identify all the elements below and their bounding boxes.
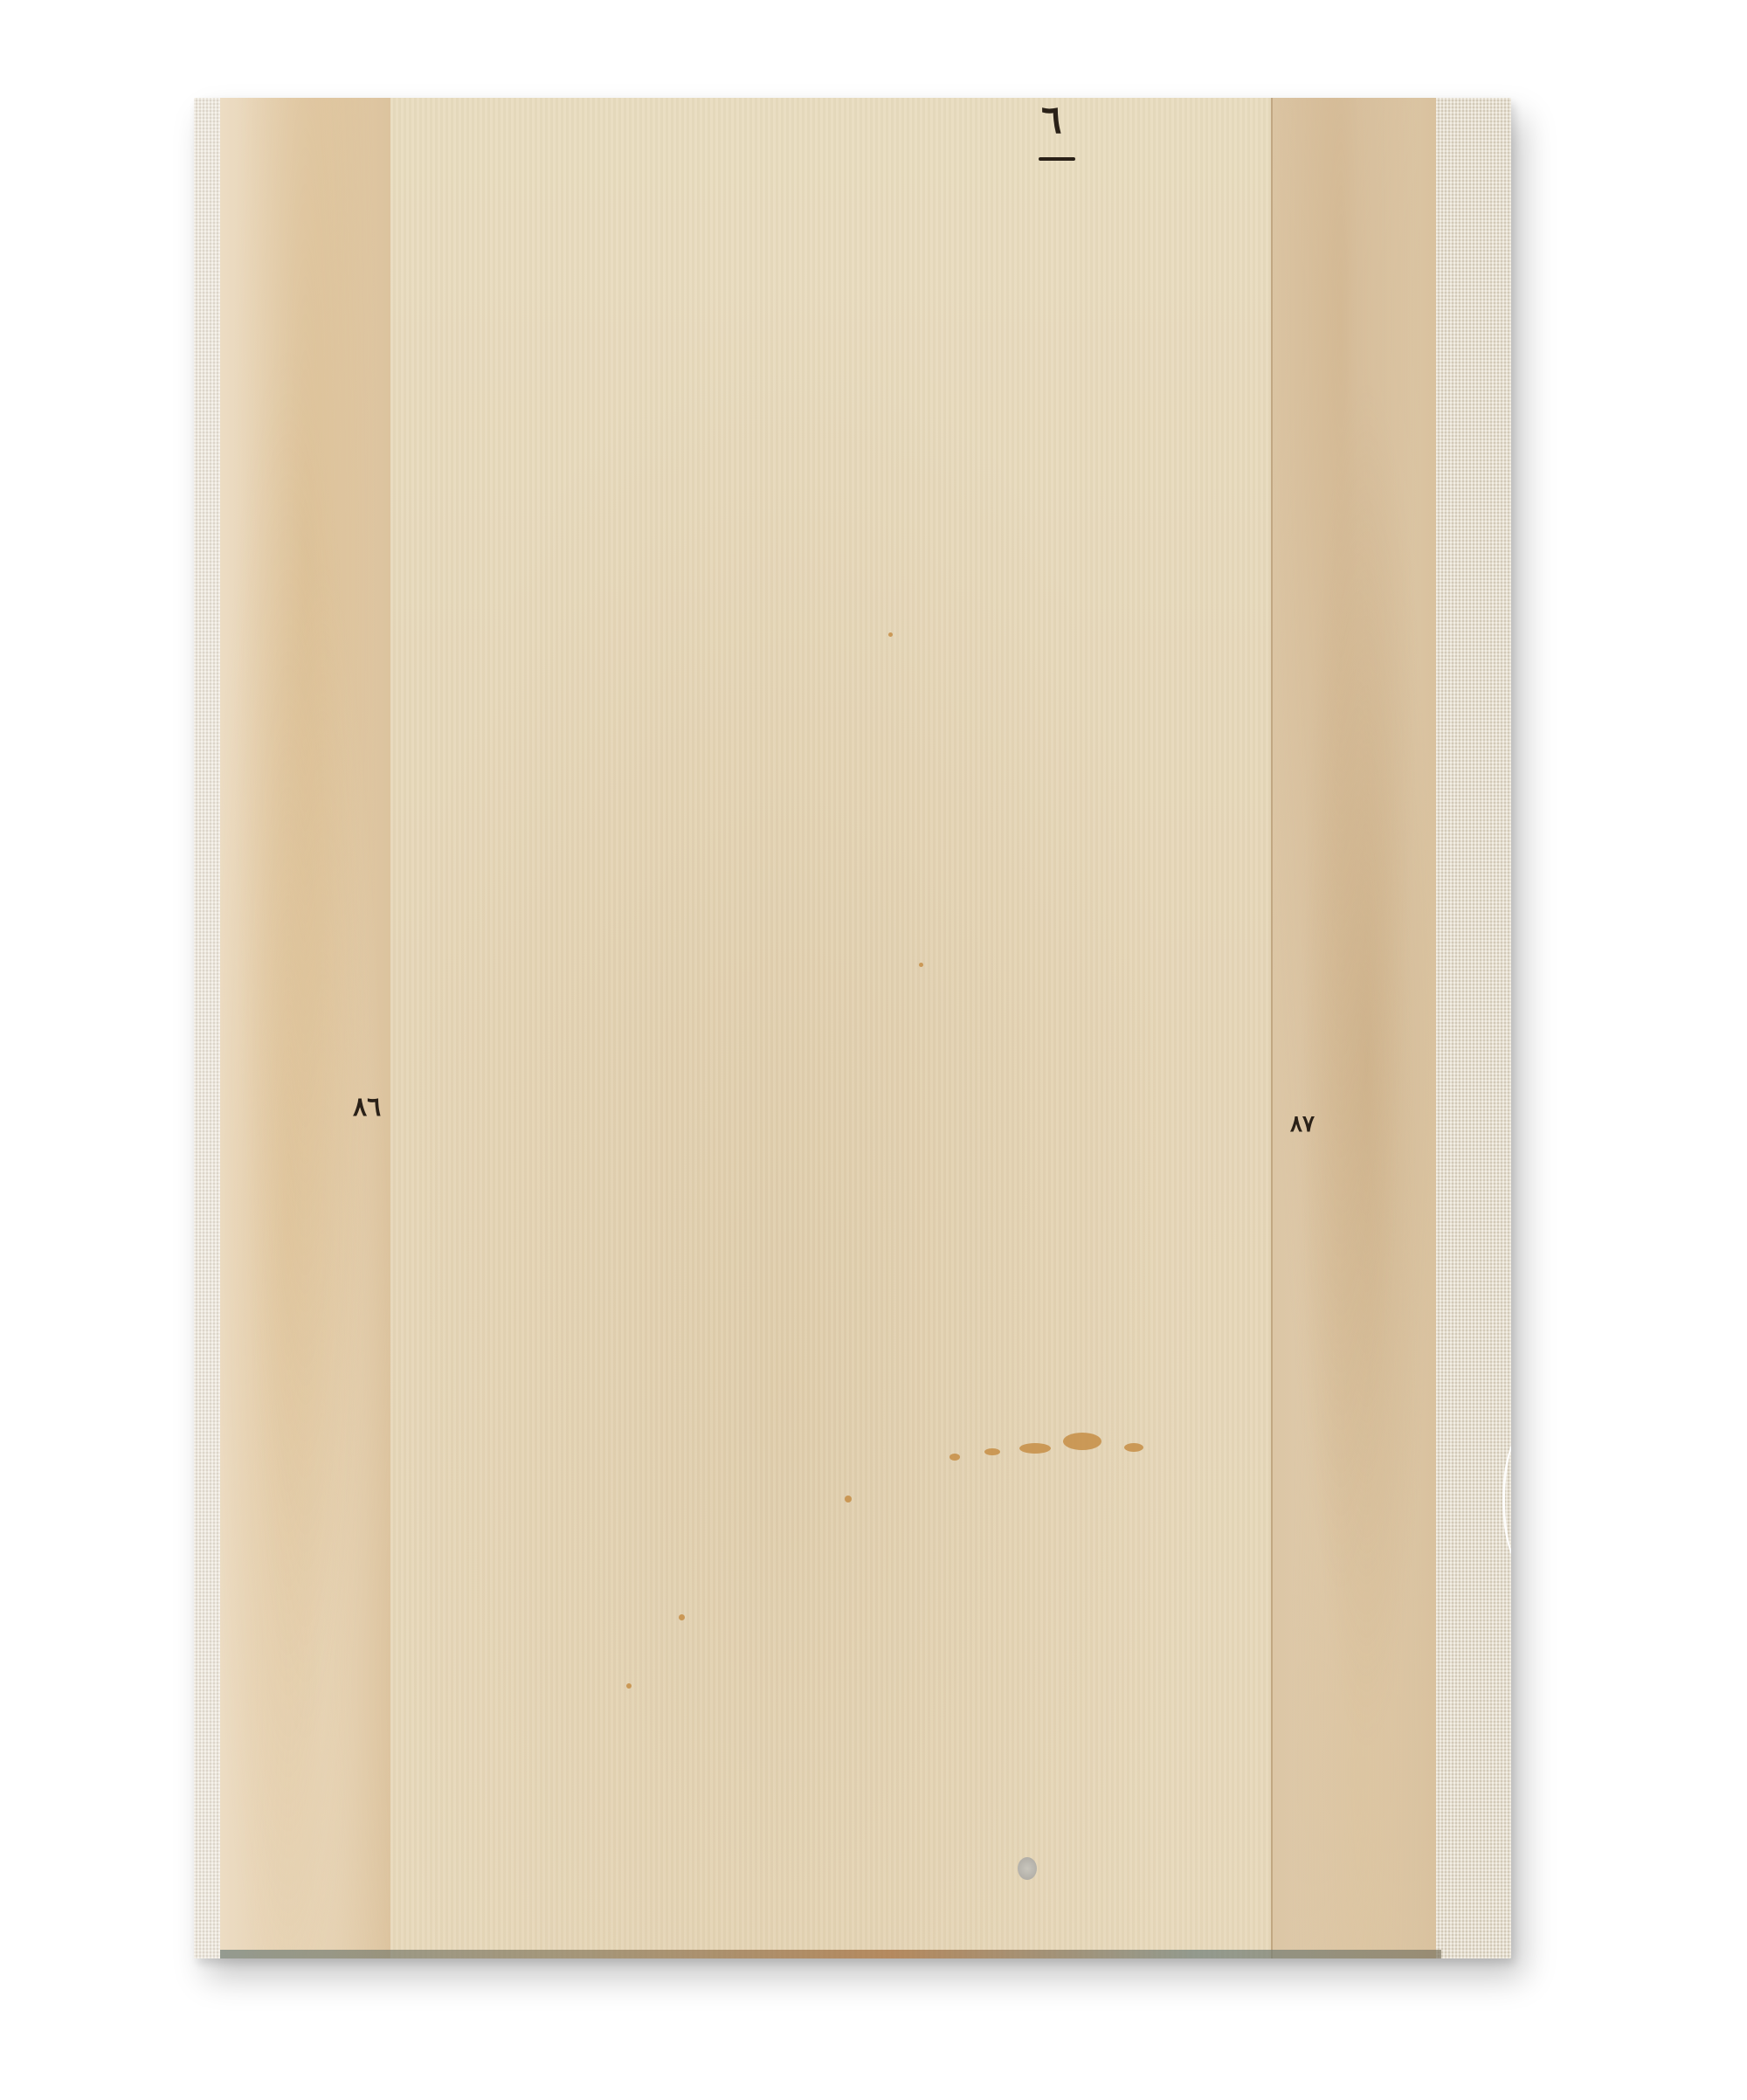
foxing-stain: [919, 963, 923, 967]
right-torn-paper-strip: ٨٧: [1271, 98, 1443, 1958]
foxing-stain: [888, 632, 893, 637]
right-cloth-spine: [1436, 98, 1511, 1958]
foxing-stain: [679, 1614, 685, 1620]
pin-hole: [1018, 1857, 1037, 1880]
foxing-stain: [626, 1683, 632, 1689]
foxing-stain: [1124, 1443, 1143, 1452]
left-torn-paper-strip: ٨٦: [220, 98, 392, 1958]
top-ink-underline: [1039, 157, 1075, 161]
foxing-stain: [845, 1496, 852, 1502]
top-ink-numeral: ٦: [1041, 98, 1062, 142]
bottom-board-edge: [220, 1950, 1441, 1958]
foxing-stain: [949, 1454, 960, 1461]
foxing-stain: [1063, 1433, 1101, 1450]
right-ink-mark: ٨٧: [1290, 1111, 1315, 1137]
foxing-stain: [984, 1448, 1000, 1455]
foxing-stain: [1019, 1443, 1051, 1454]
album-back-board: ٨٦ ٦ ٨٧: [194, 98, 1511, 1958]
center-paper-panel: ٦: [390, 98, 1275, 1958]
left-ink-mark: ٨٦: [353, 1092, 381, 1123]
